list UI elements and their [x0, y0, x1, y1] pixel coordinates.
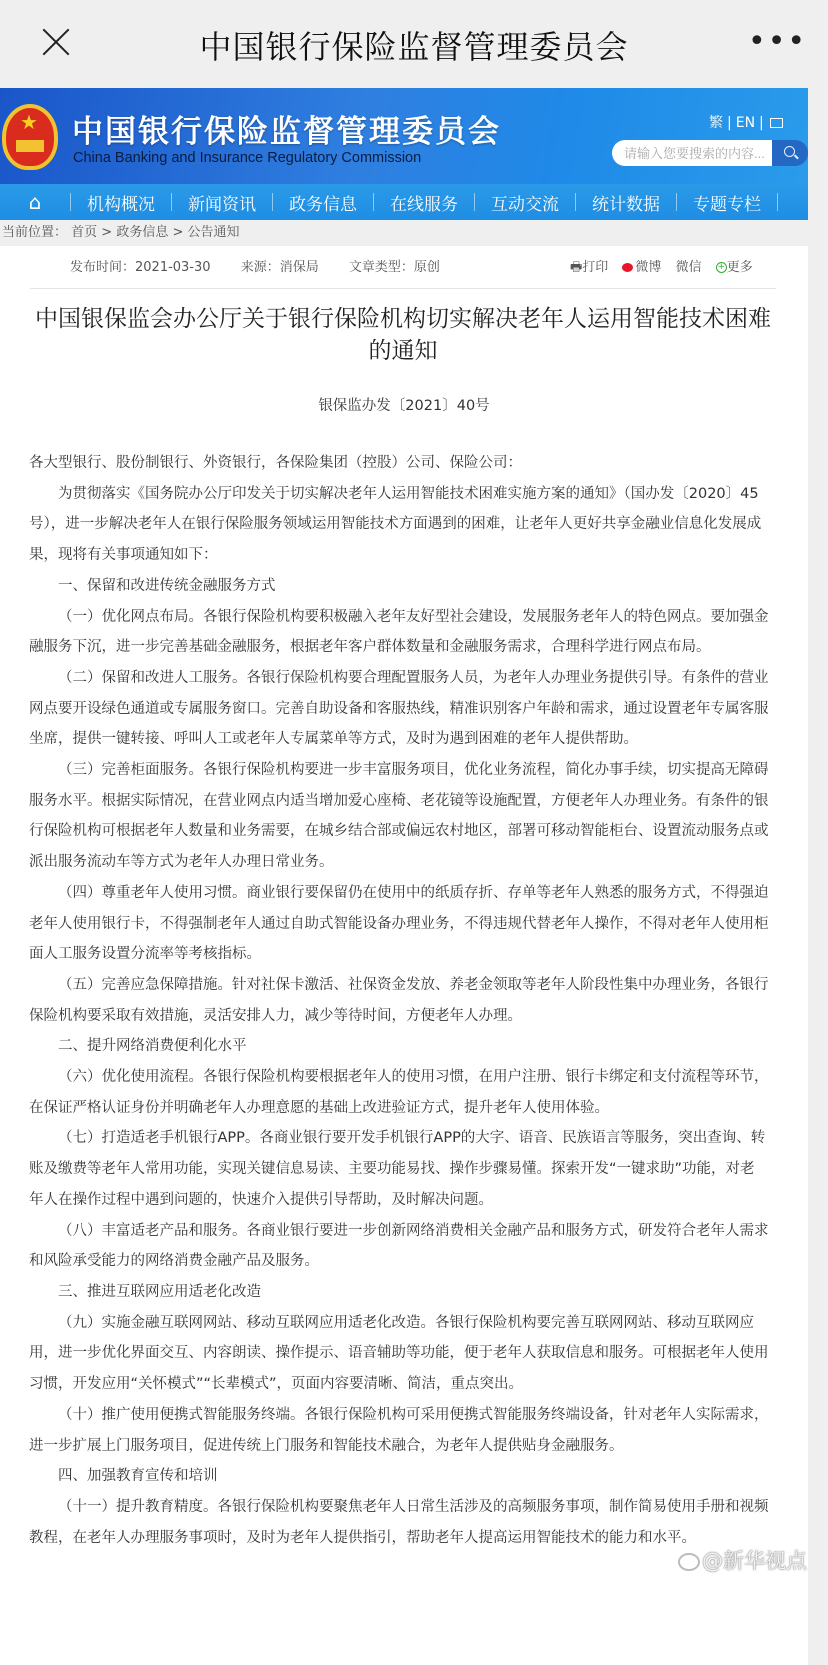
more-options-icon[interactable]: ••• — [748, 30, 807, 54]
nav-item-online-services[interactable]: 在线服务 — [390, 190, 458, 215]
document-number: 银保监办发〔2021〕40号 — [0, 394, 808, 415]
breadcrumb-home[interactable]: 首页 — [71, 225, 97, 240]
nav-divider — [171, 193, 172, 211]
weibo-watermark-icon — [678, 1553, 700, 1571]
breadcrumb-prefix: 当前位置： — [2, 225, 67, 240]
paragraph: （六）优化使用流程。各银行保险机构要根据老年人的使用习惯，在用户注册、银行卡绑定… — [29, 1062, 769, 1123]
breadcrumb-government-info[interactable]: 政务信息 — [116, 225, 168, 240]
lang-en-link[interactable]: EN — [736, 115, 755, 131]
language-switcher: 繁|EN| — [705, 112, 787, 132]
breadcrumb-separator: > — [168, 225, 187, 240]
nav-divider — [373, 193, 374, 211]
nav-item-interaction[interactable]: 互动交流 — [491, 190, 559, 215]
nav-divider — [272, 193, 273, 211]
site-title[interactable]: 中国银行保险监督管理委员会 — [72, 106, 501, 151]
share-weibo-button[interactable]: 微博 — [622, 260, 661, 275]
paragraph: （二）保留和改进人工服务。各银行保险机构要合理配置服务人员，为老年人办理业务提供… — [29, 663, 769, 755]
share-bar: 🖶打印 微博 微信 +更多 — [570, 256, 763, 280]
nav-divider — [474, 193, 475, 211]
weibo-icon — [622, 263, 633, 272]
watermark-text: @新华视点 — [702, 1549, 807, 1573]
nav-divider — [676, 193, 677, 211]
search-box — [612, 140, 808, 166]
section-heading: 四、加强教育宣传和培训 — [29, 1461, 769, 1492]
national-emblem-icon: ★ — [2, 104, 58, 170]
site-header: ★ 中国银行保险监督管理委员会 China Banking and Insura… — [0, 88, 808, 184]
home-icon[interactable]: ⌂ — [0, 190, 70, 214]
weibo-label: 微博 — [635, 260, 661, 275]
nav-divider — [575, 193, 576, 211]
article-title: 中国银保监会办公厅关于银行保险机构切实解决老年人运用智能技术困难的通知 — [30, 303, 776, 367]
watermark: @新华视点 — [678, 1545, 807, 1575]
main-nav: ⌂ 机构概况 新闻资讯 政务信息 在线服务 互动交流 统计数据 专题专栏 — [0, 184, 808, 220]
section-heading: 三、推进互联网应用适老化改造 — [29, 1277, 769, 1308]
paragraph: （五）完善应急保障措施。针对社保卡激活、社保资金发放、养老金领取等老年人阶段性集… — [29, 970, 769, 1031]
plus-circle-icon: + — [716, 262, 727, 273]
nav-item-government-info[interactable]: 政务信息 — [289, 190, 357, 215]
paragraph: 为贯彻落实《国务院办公厅印发关于切实解决老年人运用智能技术困难实施方案的通知》（… — [29, 479, 769, 571]
paragraph: （九）实施金融互联网网站、移动互联网应用适老化改造。各银行保险机构要完善互联网网… — [29, 1308, 769, 1400]
salutation: 各大型银行、股份制银行、外资银行，各保险集团（控股）公司、保险公司： — [29, 448, 769, 479]
share-more-button[interactable]: +更多 — [716, 260, 753, 275]
search-icon — [784, 146, 795, 157]
paragraph: （八）丰富适老产品和服务。各商业银行要进一步创新网络消费相关金融产品和服务方式，… — [29, 1216, 769, 1277]
browser-topbar: 中国银行保险监督管理委员会 ••• — [0, 0, 828, 88]
nav-item-special-topics[interactable]: 专题专栏 — [693, 190, 761, 215]
breadcrumb-notices[interactable]: 公告通知 — [188, 225, 240, 240]
lang-traditional-link[interactable]: 繁 — [709, 115, 723, 131]
page-title: 中国银行保险监督管理委员会 — [0, 22, 828, 68]
article-source: 来源：消保局 — [241, 260, 319, 275]
right-gutter — [808, 88, 828, 1665]
more-label: 更多 — [727, 260, 753, 275]
section-heading: 二、提升网络消费便利化水平 — [29, 1031, 769, 1062]
print-button[interactable]: 🖶打印 — [570, 260, 608, 275]
webpage: ★ 中国银行保险监督管理委员会 China Banking and Insura… — [0, 88, 808, 1665]
search-input[interactable] — [612, 140, 774, 166]
paragraph: （十一）提升教育精度。各银行保险机构要聚焦老年人日常生活涉及的高频服务事项，制作… — [29, 1492, 769, 1553]
share-wechat-button[interactable]: 微信 — [676, 260, 702, 275]
site-subtitle: China Banking and Insurance Regulatory C… — [73, 150, 421, 166]
publish-date: 发布时间：2021-03-30 — [70, 260, 211, 275]
nav-item-statistics[interactable]: 统计数据 — [592, 190, 660, 215]
paragraph: （四）尊重老年人使用习惯。商业银行要保留仍在使用中的纸质存折、存单等老年人熟悉的… — [29, 878, 769, 970]
nav-item-about[interactable]: 机构概况 — [87, 190, 155, 215]
article-type: 文章类型：原创 — [349, 260, 440, 275]
paragraph: （三）完善柜面服务。各银行保险机构要进一步丰富服务项目，优化业务流程，简化办事手… — [29, 755, 769, 878]
paragraph: （一）优化网点布局。各银行保险机构要积极融入老年友好型社会建设，发展服务老年人的… — [29, 602, 769, 663]
breadcrumb-separator: > — [97, 225, 116, 240]
nav-divider — [70, 193, 71, 211]
article-body: 各大型银行、股份制银行、外资银行，各保险集团（控股）公司、保险公司： 为贯彻落实… — [29, 448, 769, 1553]
paragraph: （十）推广使用便携式智能服务终端。各银行保险机构可采用便携式智能服务终端设备，针… — [29, 1400, 769, 1461]
divider — [30, 288, 776, 289]
search-button[interactable] — [772, 140, 808, 166]
breadcrumb: 当前位置： 首页 > 政务信息 > 公告通知 — [0, 220, 808, 246]
paragraph: （七）打造适老手机银行APP。各商业银行要开发手机银行APP的大字、语音、民族语… — [29, 1123, 769, 1215]
nav-item-news[interactable]: 新闻资讯 — [188, 190, 256, 215]
mail-icon[interactable] — [770, 118, 783, 128]
section-heading: 一、保留和改进传统金融服务方式 — [29, 571, 769, 602]
nav-divider — [777, 193, 778, 211]
